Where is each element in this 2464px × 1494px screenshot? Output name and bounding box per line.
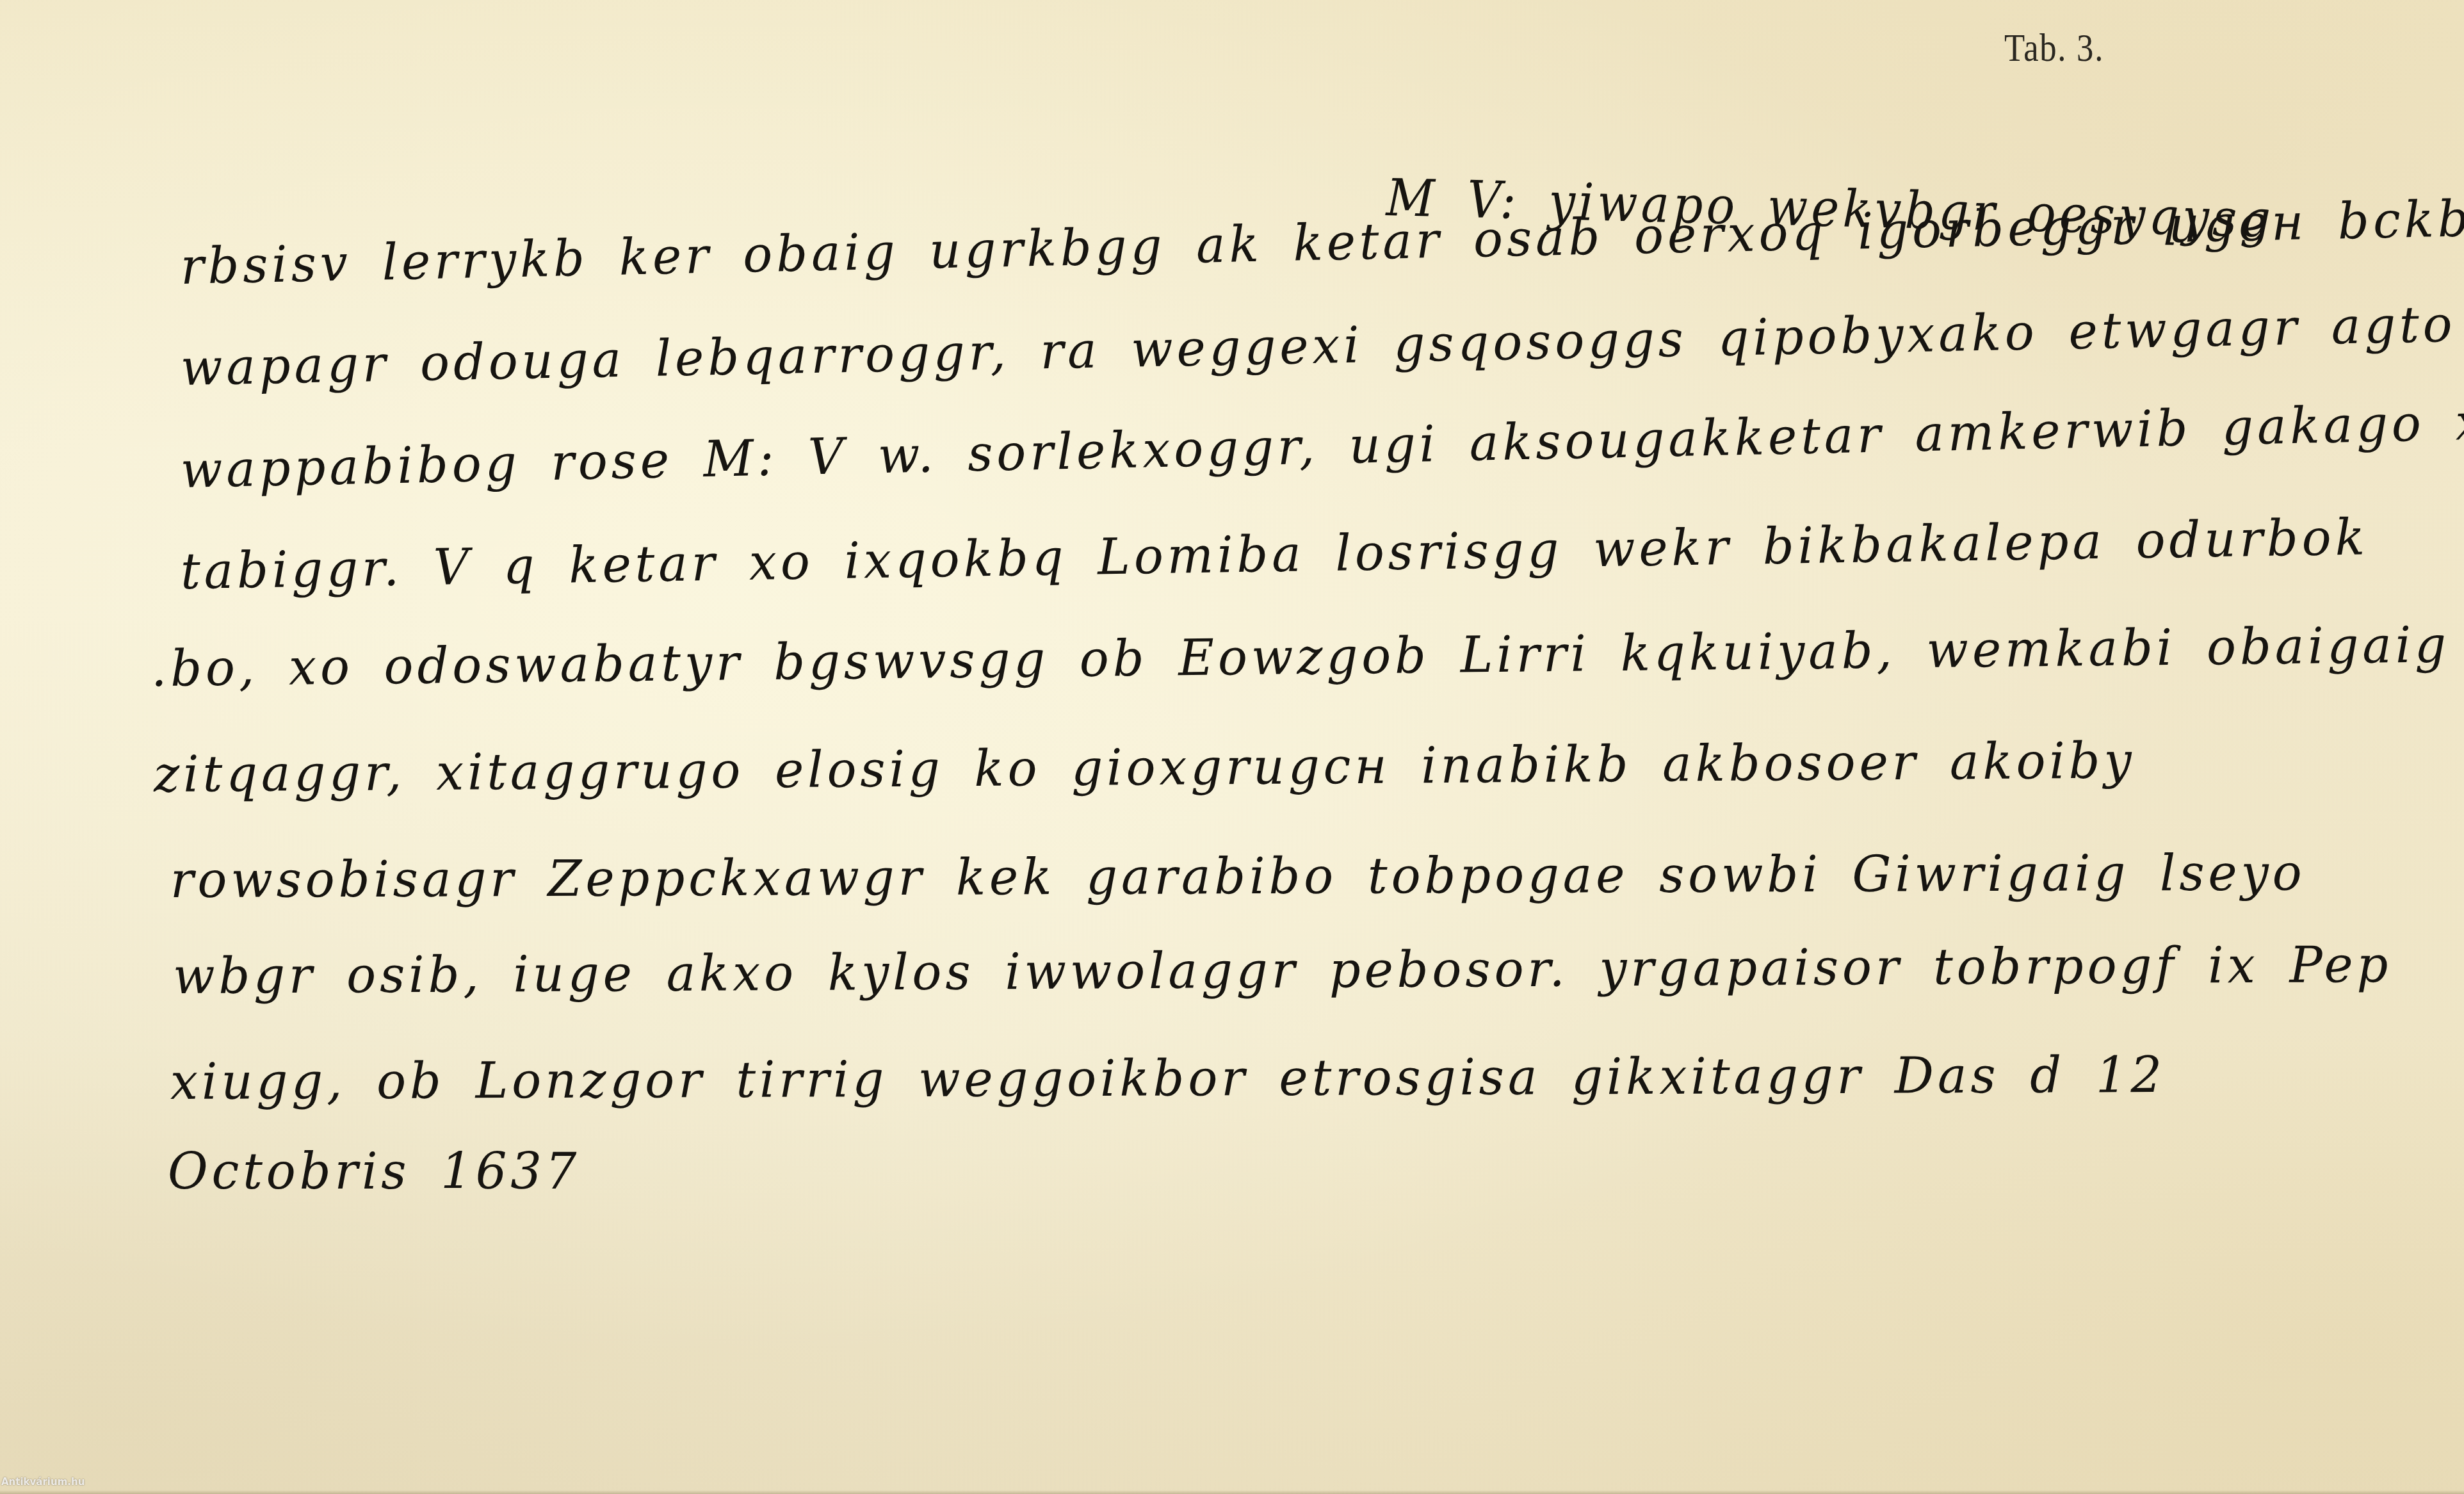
letter-line: .bo, xo odoswabatyr bgswvsgg ob Eowzgob … (151, 616, 2451, 698)
letter-line: zitqaggr, xitaggrugo elosig ko gioxgrugc… (154, 732, 2136, 804)
letter-line: xiugg, ob Lonzgor tirrig weggoikbor etro… (170, 1046, 2166, 1111)
page-bottom-edge (0, 1490, 2464, 1494)
cipher-letter: M V: yiwapo wekvbgr oesyqysg rbsisv lerr… (0, 0, 2464, 1494)
letter-line: wbgr osib, iuge akxo kylos iwwolaggr peb… (173, 936, 2392, 1005)
letter-date-line: Octobris 1637 (168, 1143, 580, 1201)
letter-line: wappabibog rose M: V w. sorlekxoggr, ugi… (180, 393, 2464, 499)
letter-line: rbsisv lerrykb ker obaig ugrkbgg ak keta… (180, 188, 2464, 296)
letter-line: rowsobisagr Zeppckxawgr kek garabibo tob… (170, 844, 2306, 909)
watermark-text: Antikvárium.hu (1, 1476, 85, 1488)
letter-line: wapagr odouga lebqarroggr, ra weggexi gs… (180, 296, 2456, 397)
manuscript-plate: Tab. 3. M V: yiwapo wekvbgr oesyqysg rbs… (0, 0, 2464, 1494)
letter-line: tabiggr. V q ketar xo ixqokbq Lomiba los… (180, 508, 2369, 601)
